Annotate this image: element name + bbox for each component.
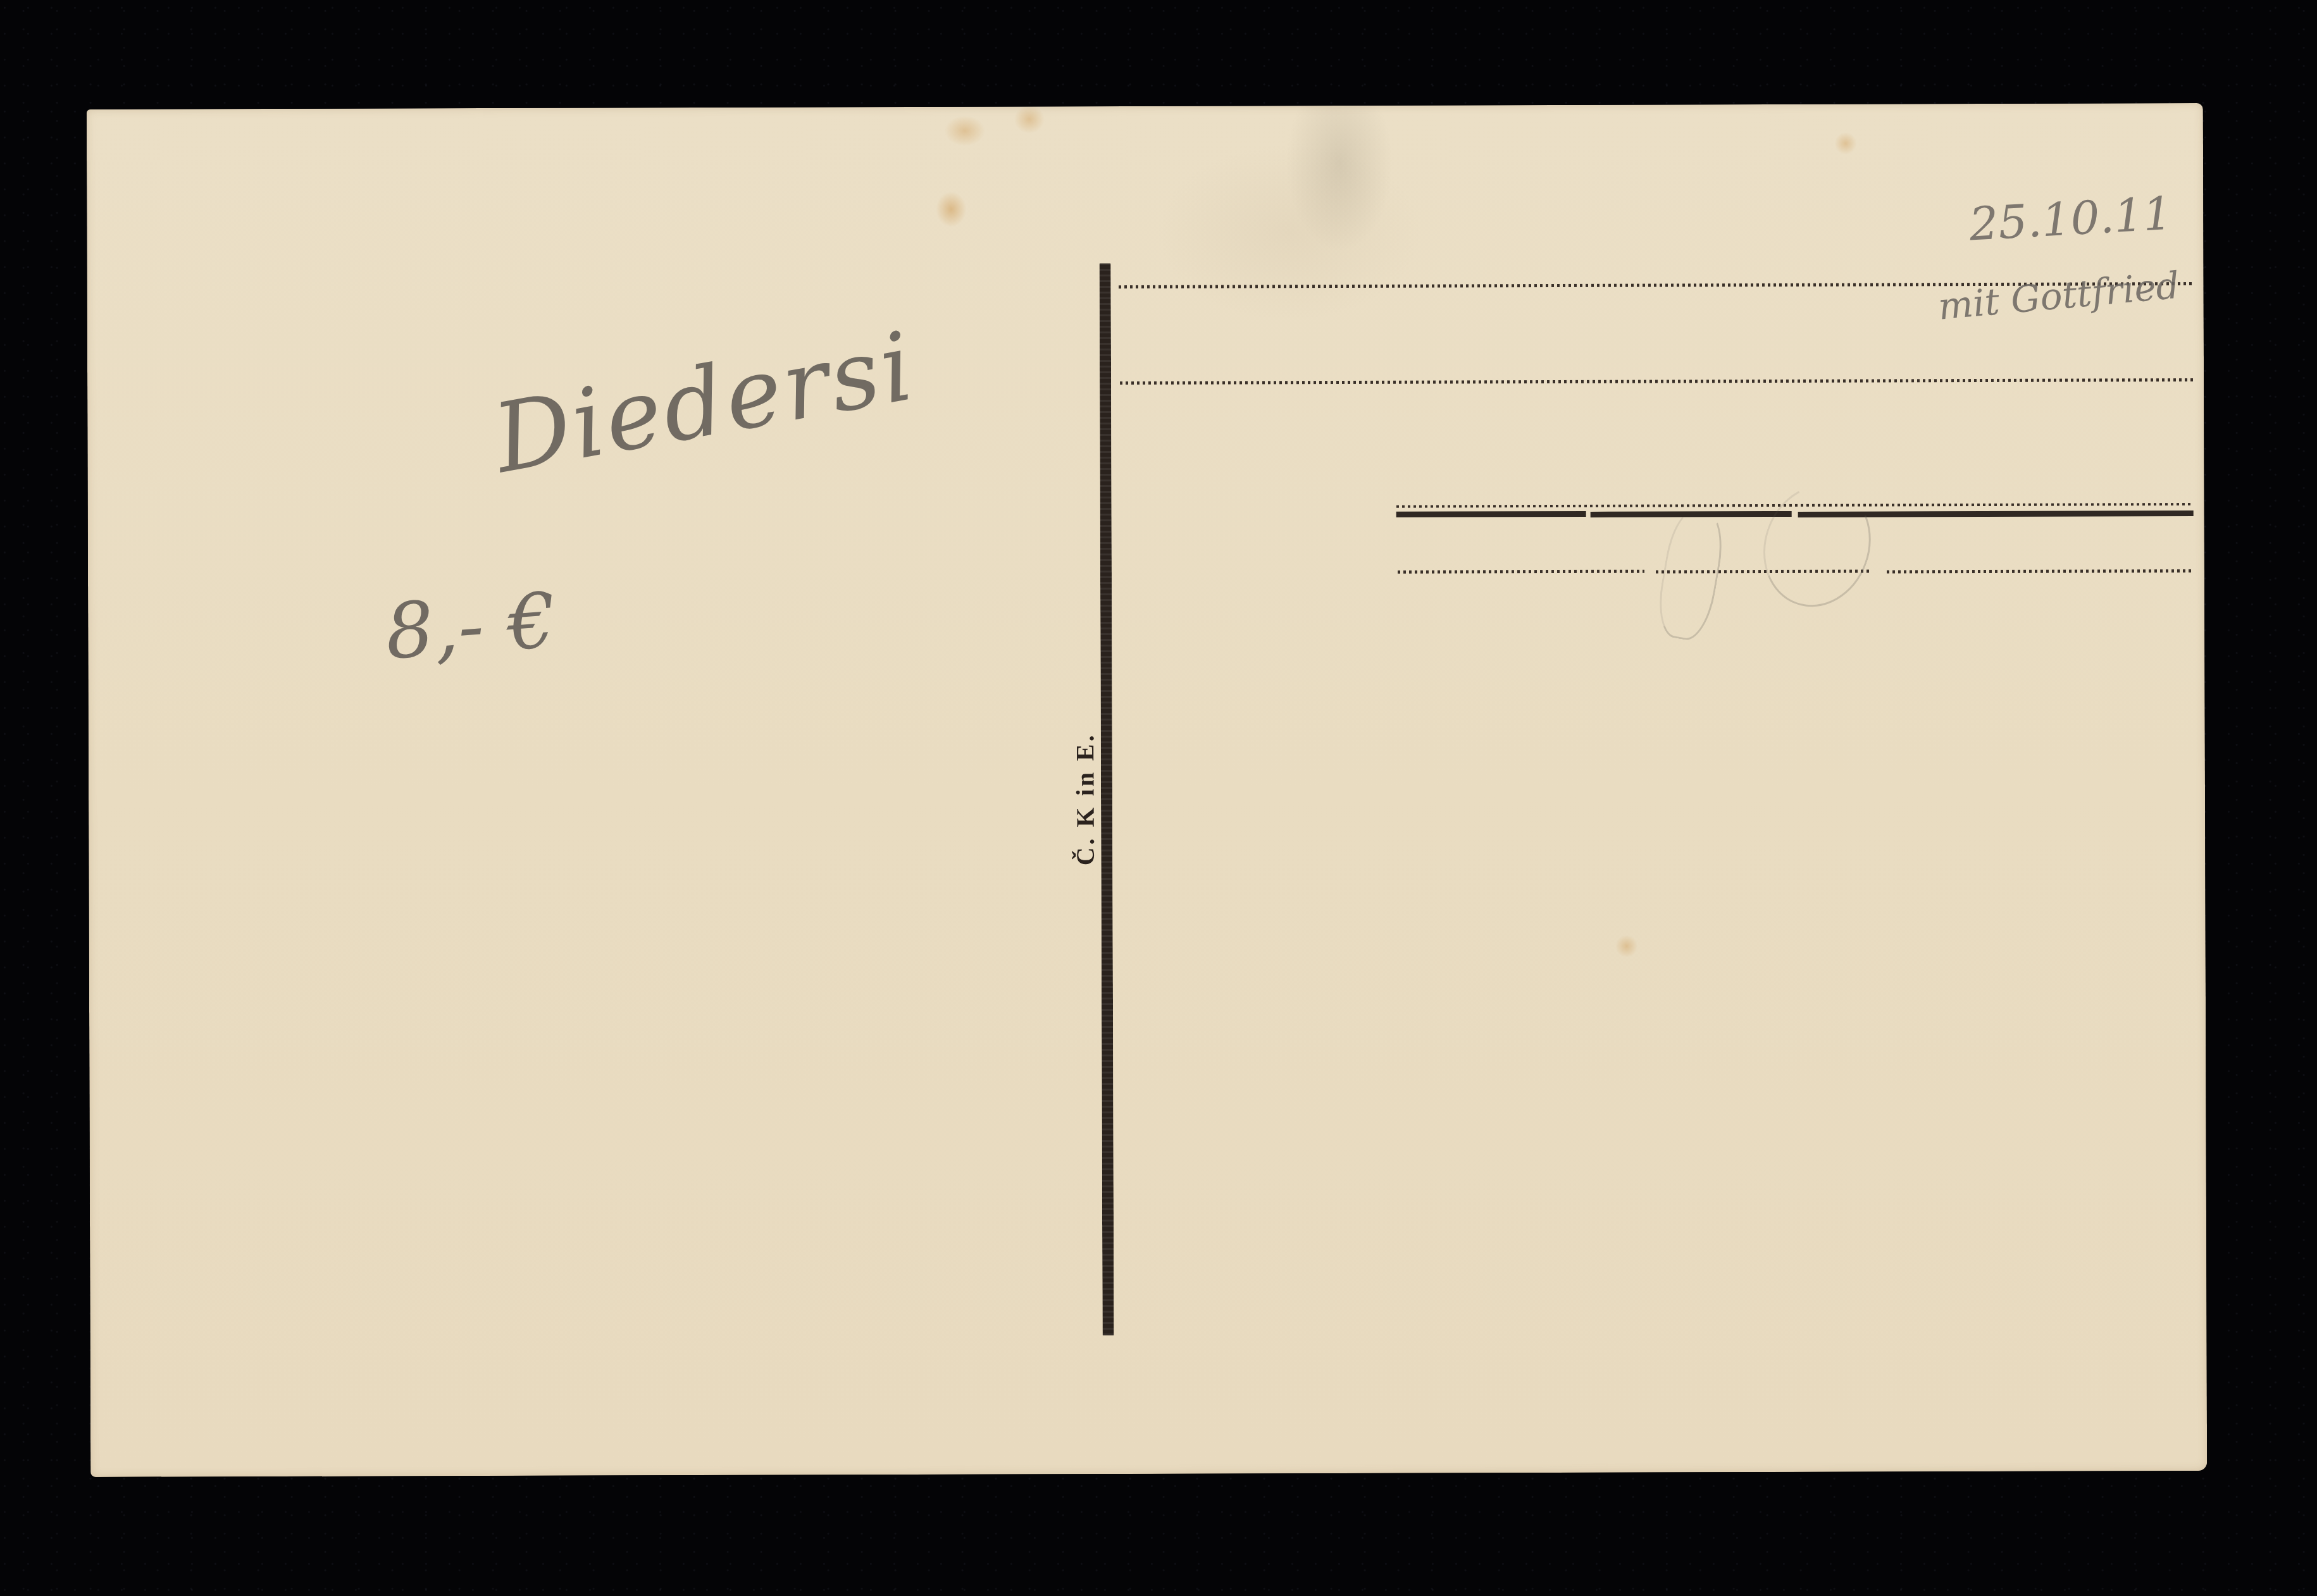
handwritten-date: 25.10.11: [1968, 187, 2173, 251]
address-rule-segment-1: [1396, 511, 1586, 517]
address-line-4-segment-3: [1887, 569, 2194, 573]
faint-pencil-mark: [1653, 506, 1729, 644]
vertical-divider-rule: [1100, 263, 1114, 1335]
handwritten-name: Diedersi: [486, 311, 923, 495]
address-line-4-segment-1: [1398, 570, 1644, 574]
address-line-2: [1120, 378, 2196, 385]
handwritten-price: 8,- €: [383, 577, 559, 677]
publisher-imprint: Č. K in E.: [1070, 733, 1100, 865]
faint-pencil-mark: [1747, 470, 1888, 622]
handwritten-note: mit Gottfried: [1936, 264, 2181, 328]
postcard-back: Č. K in E. Diedersi 8,- € 25.10.11 mit G…: [87, 103, 2207, 1477]
